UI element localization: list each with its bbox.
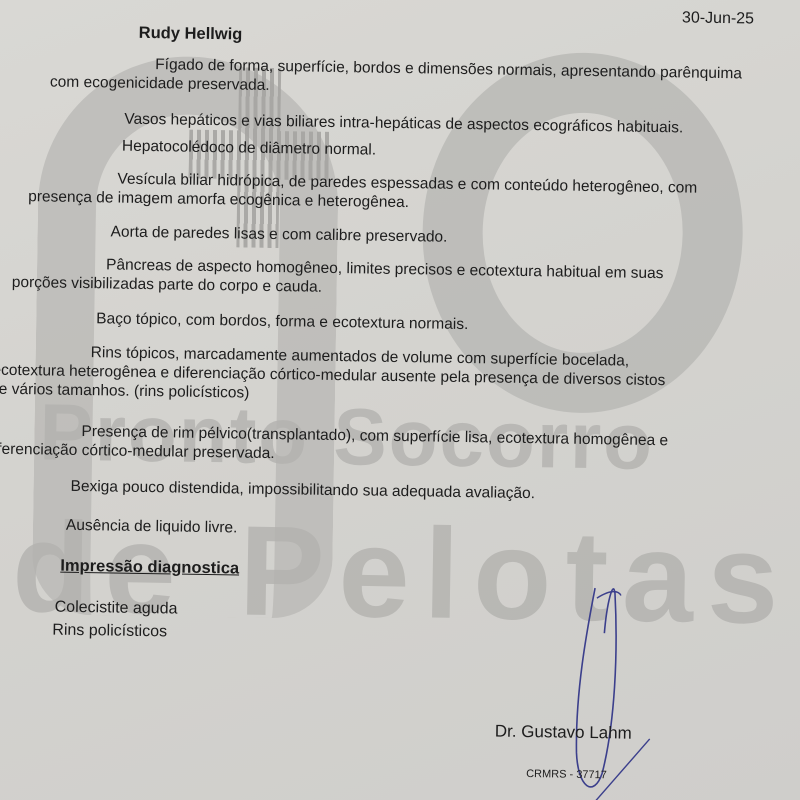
finding-pancreas-line2: porções visibilizadas parte do corpo e c…: [12, 273, 322, 297]
doctor-registration: CRMRS - 37717: [526, 765, 607, 785]
finding-hepatic-vessels: Vasos hepáticos e vias biliares intra-he…: [124, 110, 683, 138]
report-date: 30-Jun-25: [682, 8, 754, 28]
impression-item: Rins policísticos: [52, 621, 167, 642]
impression-item: Colecistite aguda: [55, 598, 178, 619]
doctor-name: Dr. Gustavo Lahm: [495, 722, 632, 743]
finding-kidneys-line3: de vários tamanhos. (rins policísticos): [0, 380, 250, 403]
finding-spleen: Baço tópico, com bordos, forma e ecotext…: [96, 309, 468, 334]
medical-report-page: Pronto Socorro de Pelotas 30-Jun-25 Rudy…: [0, 0, 800, 800]
finding-free-fluid: Ausência de liquido livre.: [66, 516, 238, 538]
finding-aorta: Aorta de paredes lisas e com calibre pre…: [110, 222, 447, 246]
impression-heading: Impressão diagnostica: [60, 557, 239, 579]
patient-name: Rudy Hellwig: [139, 24, 243, 45]
finding-bladder: Bexiga pouco distendida, impossibilitand…: [70, 477, 535, 503]
finding-pelvic-kidney-line2: diferenciação córtico-medular preservada…: [0, 439, 275, 463]
finding-common-bile-duct: Hepatocolédoco de diâmetro normal.: [122, 137, 376, 160]
finding-liver-line2: com ecogenicidade preservada.: [50, 72, 270, 94]
